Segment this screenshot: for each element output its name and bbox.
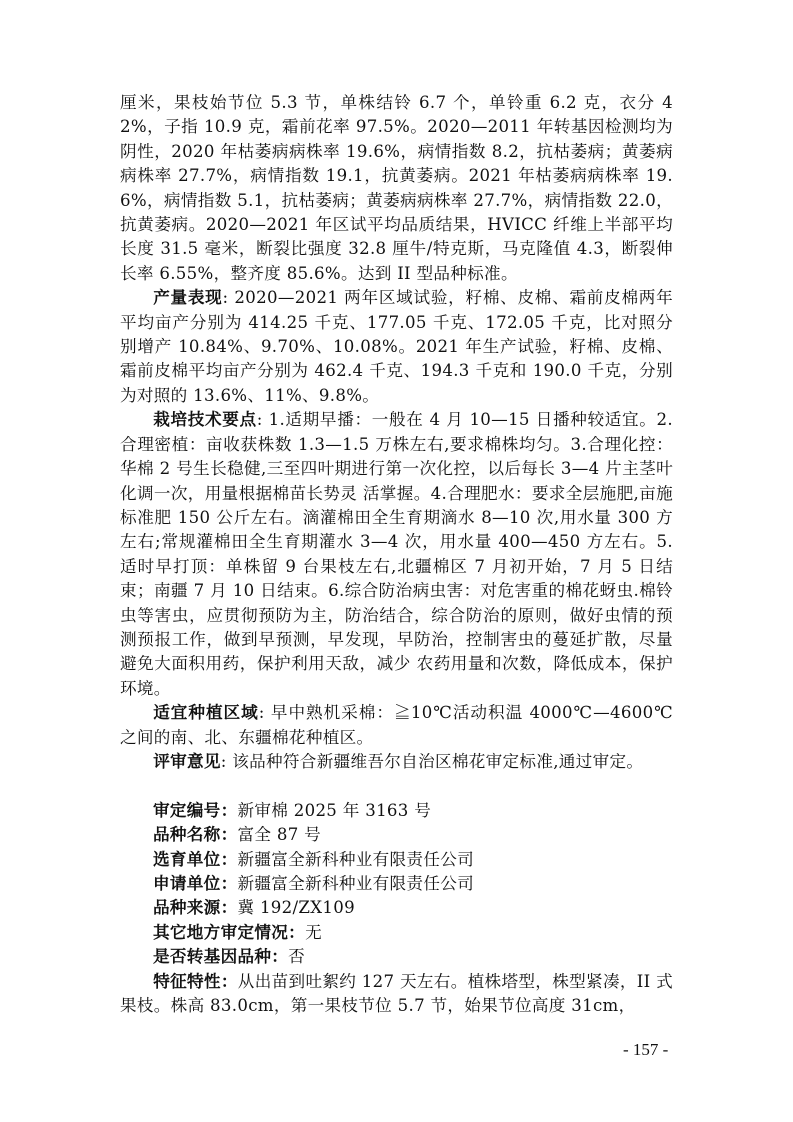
field-value: 新疆富全新科种业有限责任公司 (237, 850, 474, 869)
region-paragraph: 适宜种植区域: 早中熟机采棉：≧10℃活动积温 4000℃—4600℃之间的南、… (120, 701, 673, 750)
document-page: 厘米，果枝始节位 5.3 节，单株结铃 6.7 个，单铃重 6.2 克，衣分 4… (120, 91, 673, 1018)
field-label: 选育单位 (153, 850, 221, 869)
field-sep: ： (221, 874, 238, 893)
review-paragraph: 评审意见: 该品种符合新疆维吾尔自治区棉花审定标准,通过审定。 (120, 750, 673, 774)
cultivation-text: 1.适期早播：一般在 4 月 10—15 日播种较适宜。2.合理密植：亩收获株数… (120, 410, 673, 697)
field-transgenic: 是否转基因品种：否 (120, 945, 673, 969)
field-label: 其它地方审定情况 (153, 923, 288, 942)
page-number: - 157 - (623, 1040, 668, 1060)
field-value: 新审棉 2025 年 3163 号 (237, 801, 431, 820)
traits-sep: ： (221, 972, 238, 991)
field-variety-name: 品种名称：富全 87 号 (120, 823, 673, 847)
field-label: 申请单位 (153, 874, 221, 893)
region-label: 适宜种植区域 (153, 703, 259, 722)
traits-label: 特征特性 (153, 972, 221, 991)
field-label: 是否转基因品种 (153, 947, 271, 966)
field-value: 否 (288, 947, 305, 966)
cultivation-sep: : (257, 410, 269, 429)
traits-paragraph: 特征特性：从出苗到吐絮约 127 天左右。植株塔型，株型紧凑，II 式果枝。株高… (120, 970, 673, 1019)
field-sep: ： (288, 923, 305, 942)
field-sep: ： (221, 825, 238, 844)
field-sep: ： (221, 850, 238, 869)
field-label: 品种来源 (153, 898, 221, 917)
yield-sep: : (223, 288, 235, 307)
field-other-approvals: 其它地方审定情况：无 (120, 921, 673, 945)
cultivation-label: 栽培技术要点 (153, 410, 257, 429)
field-sep: ： (221, 898, 238, 917)
field-label: 品种名称 (153, 825, 221, 844)
field-value: 富全 87 号 (237, 825, 321, 844)
yield-label: 产量表现 (153, 288, 222, 307)
field-breeding-unit: 选育单位：新疆富全新科种业有限责任公司 (120, 848, 673, 872)
field-applicant-unit: 申请单位：新疆富全新科种业有限责任公司 (120, 872, 673, 896)
region-sep: : (259, 703, 271, 722)
field-sep: ： (271, 947, 288, 966)
blank-line (120, 774, 673, 798)
field-value: 无 (305, 923, 322, 942)
field-sep: ： (221, 801, 238, 820)
review-text: 该品种符合新疆维吾尔自治区棉花审定标准,通过审定。 (232, 752, 643, 771)
field-label: 审定编号 (153, 801, 221, 820)
cultivation-paragraph: 栽培技术要点: 1.适期早播：一般在 4 月 10—15 日播种较适宜。2.合理… (120, 408, 673, 701)
field-approval-number: 审定编号：新审棉 2025 年 3163 号 (120, 799, 673, 823)
quality-paragraph-continuation: 厘米，果枝始节位 5.3 节，单株结铃 6.7 个，单铃重 6.2 克，衣分 4… (120, 91, 673, 286)
review-label: 评审意见 (153, 752, 221, 771)
field-value: 新疆富全新科种业有限责任公司 (237, 874, 474, 893)
field-value: 冀 192/ZX109 (237, 898, 354, 917)
review-sep: : (221, 752, 232, 771)
field-variety-source: 品种来源：冀 192/ZX109 (120, 896, 673, 920)
yield-paragraph: 产量表现: 2020—2021 两年区域试验，籽棉、皮棉、霜前皮棉两年平均亩产分… (120, 286, 673, 408)
